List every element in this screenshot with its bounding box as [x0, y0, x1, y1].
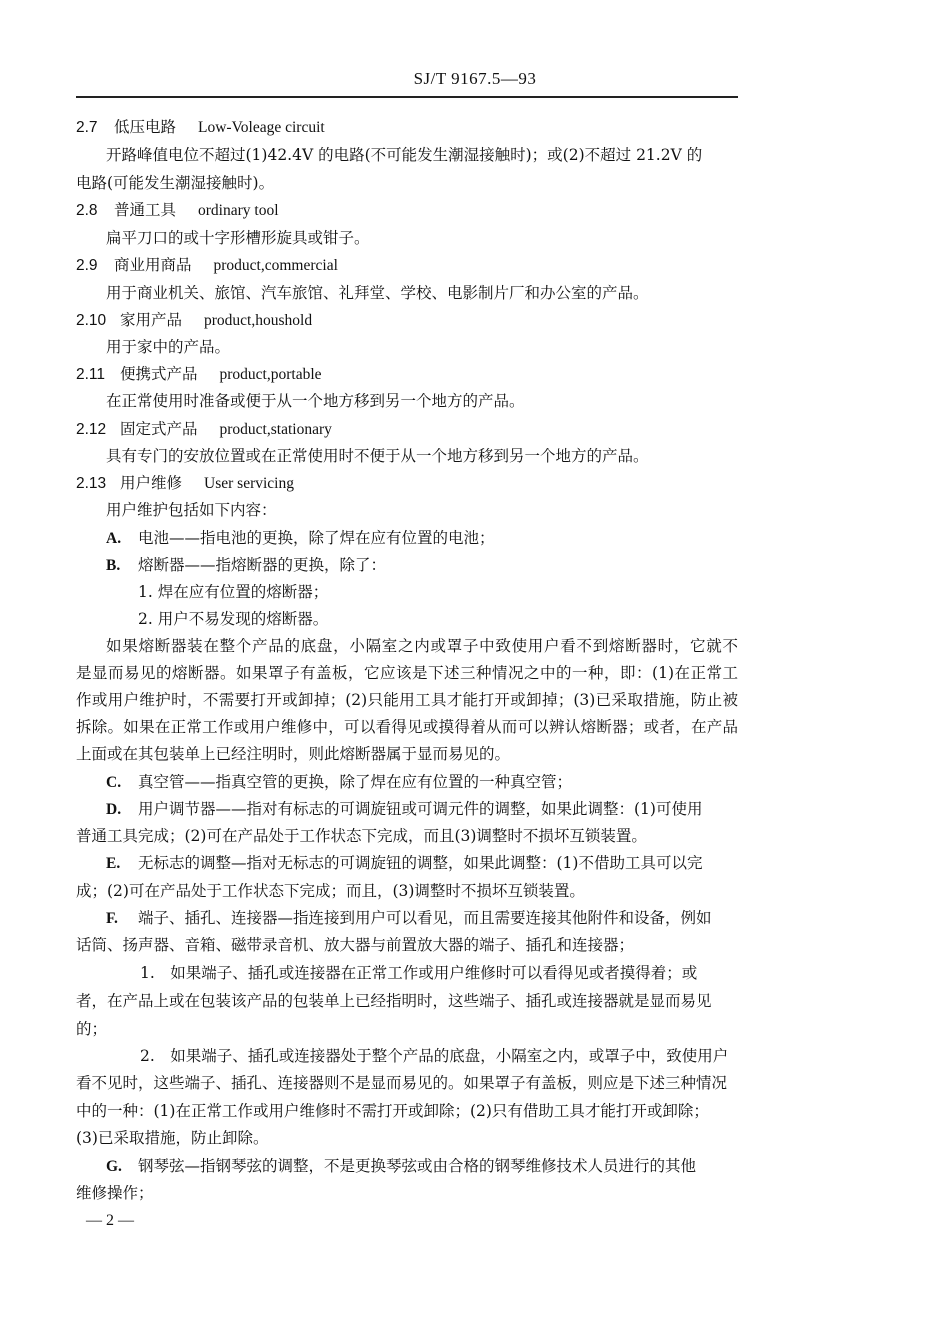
item-a: A.电池——指电池的更换，除了焊在应有位置的电池； [106, 528, 495, 549]
item-b: B.熔断器——指熔断器的更换，除了： [106, 555, 386, 576]
item-f-sub1-line: 1. 如果端子、插孔或连接器在正常工作或用户维修时可以看得见或者摸得着；或 [140, 963, 697, 983]
section-2-12-heading: 2.12固定式产品product,stationary [76, 419, 332, 440]
section-2-13-heading: 2.13用户维修User servicing [76, 473, 294, 494]
fuse-paragraph-line: 作或用户维护时，不需要打开或卸掉；(2)只能用工具才能打开或卸掉；(3)已采取措… [76, 690, 738, 710]
section-2-7-body-line: 电路(可能发生潮湿接触时)。 [76, 173, 274, 193]
item-f-sub2-line: (3)已采取措施，防止卸除。 [76, 1128, 268, 1148]
fuse-paragraph-line: 拆除。如果在正常工作或用户维修中，可以看得见或摸得着从而可以辨认熔断器；或者，在… [76, 717, 738, 737]
item-b-sub-2: 2. 用户不易发现的熔断器。 [138, 609, 328, 629]
item-g-line-2: 维修操作； [76, 1183, 154, 1203]
item-f-sub2-line: 2. 如果端子、插孔或连接器处于整个产品的底盘，小隔室之内，或罩子中，致使用户 [140, 1046, 728, 1066]
section-2-11-heading: 2.11便携式产品product,portable [76, 364, 322, 385]
item-e-line-2: 成；(2)可在产品处于工作状态下完成；而且，(3)调整时不损坏互锁装置。 [76, 881, 585, 901]
item-b-sub-1: 1. 焊在应有位置的熔断器； [138, 582, 328, 602]
section-2-10-body: 用于家中的产品。 [106, 337, 230, 357]
item-f-sub2-line: 中的一种：(1)在正常工作或用户维修时不需打开或卸除；(2)只有借助工具才能打开… [76, 1101, 709, 1121]
item-f-sub1-line: 者，在产品上或在包装该产品的包装单上已经指明时，这些端子、插孔或连接器就是显而易… [76, 991, 712, 1011]
item-g: G.钢琴弦—指钢琴弦的调整，不是更换琴弦或由合格的钢琴维修技术人员进行的其他 [106, 1156, 696, 1177]
item-e: E.无标志的调整—指对无标志的可调旋钮的调整，如果此调整：(1)不借助工具可以完 [106, 853, 702, 874]
fuse-paragraph-line: 是显而易见的熔断器。如果罩子有盖板，它应该是下述三种情况之中的一种，即：(1)在… [76, 663, 738, 683]
section-2-7-heading: 2.7低压电路Low-Voleage circuit [76, 117, 325, 138]
section-2-13-intro: 用户维护包括如下内容： [106, 500, 277, 520]
fuse-paragraph-line: 上面或在其包装单上已经注明时，则此熔断器属于显而易见的。 [76, 744, 510, 764]
header-rule [76, 96, 738, 98]
section-2-9-body: 用于商业机关、旅馆、汽车旅馆、礼拜堂、学校、电影制片厂和办公室的产品。 [106, 283, 649, 303]
section-2-12-body: 具有专门的安放位置或在正常使用时不便于从一个地方移到另一个地方的产品。 [106, 446, 649, 466]
fuse-paragraph-line: 如果熔断器装在整个产品的底盘，小隔室之内或罩子中致使用户看不到熔断器时，它就不 [76, 636, 738, 656]
section-2-9-heading: 2.9商业用商品product,commercial [76, 255, 338, 276]
item-c: C.真空管——指真空管的更换，除了焊在应有位置的一种真空管； [106, 772, 572, 793]
page-number: — 2 — [86, 1212, 134, 1230]
section-2-8-heading: 2.8普通工具ordinary tool [76, 200, 279, 221]
section-2-11-body: 在正常使用时准备或便于从一个地方移到另一个地方的产品。 [106, 391, 525, 411]
item-f-sub1-line: 的； [76, 1019, 107, 1039]
item-f: F.端子、插孔、连接器—指连接到用户可以看见，而且需要连接其他附件和设备，例如 [106, 908, 712, 929]
section-2-10-heading: 2.10家用产品product,houshold [76, 310, 312, 331]
item-f-sub2-line: 看不见时，这些端子、插孔、连接器则不是显而易见的。如果罩子有盖板，则应是下述三种… [76, 1073, 727, 1093]
item-d-line-2: 普通工具完成；(2)可在产品处于工作状态下完成，而且(3)调整时不损坏互锁装置。 [76, 826, 647, 846]
item-f-line-2: 话筒、扬声器、音箱、磁带录音机、放大器与前置放大器的端子、插孔和连接器； [76, 935, 634, 955]
section-2-8-body: 扁平刀口的或十字形槽形旋具或钳子。 [106, 228, 370, 248]
document-code-header: SJ/T 9167.5—93 [0, 69, 950, 89]
section-2-7-body-line: 开路峰值电位不超过(1)42.4V 的电路(不可能发生潮湿接触时)；或(2)不超… [106, 145, 702, 165]
item-d: D.用户调节器——指对有标志的可调旋钮或可调元件的调整，如果此调整：(1)可使用 [106, 799, 738, 820]
